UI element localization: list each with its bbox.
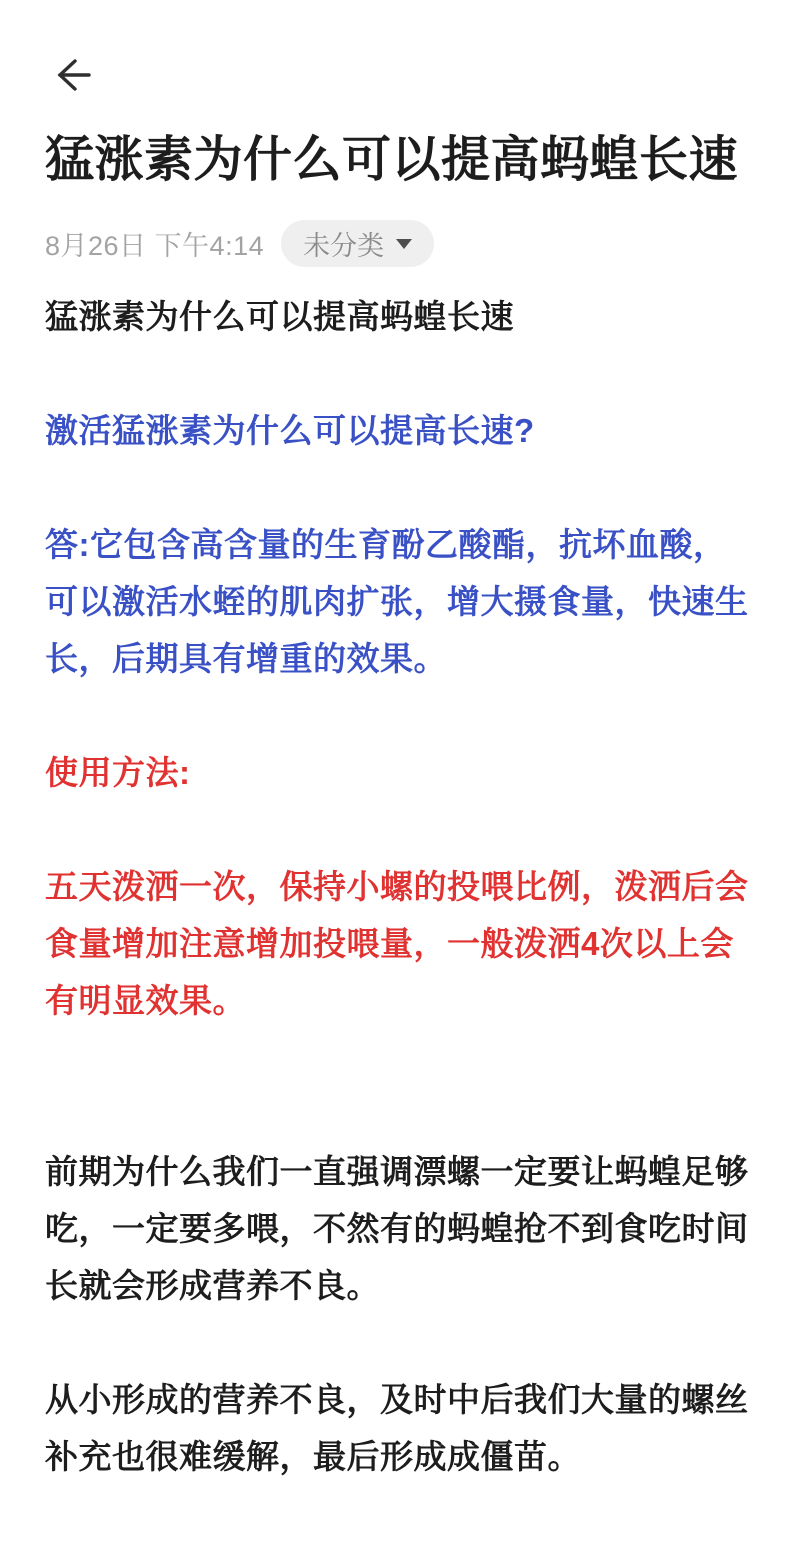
note-title: 猛涨素为什么可以提高蚂蝗长速 [45,130,752,190]
note-paragraph: 从小形成的营养不良，及时中后我们大量的螺丝补充也很难缓解，最后形成成僵苗。 [45,1371,752,1485]
note-paragraph: 前期为什么我们一直强调漂螺一定要让蚂蝗足够吃，一定要多喂，不然有的蚂蝗抢不到食吃… [45,1143,752,1314]
arrow-left-icon [51,53,95,97]
note-content[interactable]: 猛涨素为什么可以提高蚂蝗长速激活猛涨素为什么可以提高长速?答:它包含高含量的生育… [45,288,752,1485]
note-paragraph: 五天泼洒一次，保持小螺的投喂比例，泼洒后会食量增加注意增加投喂量，一般泼洒4次以… [45,858,752,1029]
note-meta-row: 8月26日 下午4:14 未分类 [45,220,752,267]
category-label: 未分类 [303,224,384,263]
app-bar [45,52,752,98]
chevron-down-icon [396,239,412,249]
note-paragraph: 猛涨素为什么可以提高蚂蝗长速 [45,288,752,345]
back-button[interactable] [51,52,97,98]
note-paragraph: 使用方法: [45,744,752,801]
note-paragraph: 答:它包含高含量的生育酚乙酸酯，抗坏血酸，可以激活水蛭的肌肉扩张，增大摄食量，快… [45,516,752,687]
note-paragraph: 激活猛涨素为什么可以提高长速? [45,402,752,459]
note-date: 8月26日 下午4:14 [45,224,264,263]
category-dropdown[interactable]: 未分类 [281,220,434,267]
note-page: 猛涨素为什么可以提高蚂蝗长速 8月26日 下午4:14 未分类 猛涨素为什么可以… [0,0,800,1485]
